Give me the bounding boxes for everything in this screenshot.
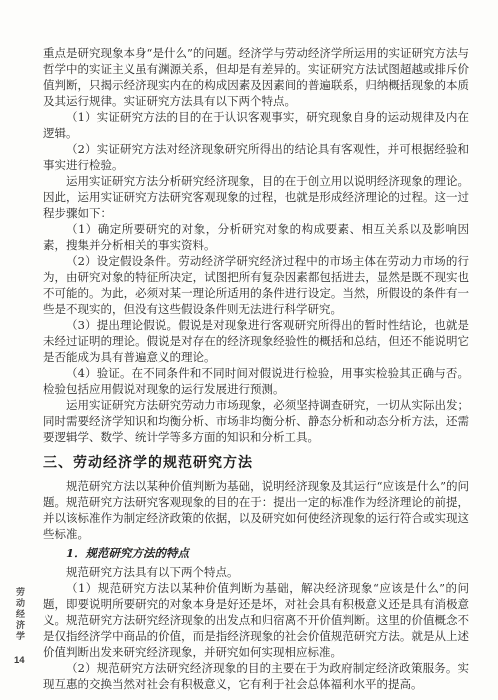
paragraph-normative-2: （2）规范研究方法研究经济现象的目的主要在于为政府制定经济政策服务。实现互惠的交…	[43, 660, 469, 692]
page-number: 14	[14, 655, 25, 666]
paragraph-summary: 运用实证研究方法研究劳动力市场现象，必须坚持调查研究，一切从实际出发；同时需要经…	[43, 397, 469, 445]
paragraph-normative-intro: 规范研究方法以某种价值判断为基础，说明经济现象及其运行“应该是什么”的问题。规范…	[43, 478, 469, 542]
page-content: 重点是研究现象本身“是什么”的问题。经济学与劳动经济学所运用的实证研究方法与哲学…	[43, 45, 469, 692]
side-label-book-title: 劳动经济学	[13, 587, 26, 642]
paragraph-continuation: 重点是研究现象本身“是什么”的问题。经济学与劳动经济学所运用的实证研究方法与哲学…	[43, 45, 469, 109]
subsection-heading: 1．规范研究方法的特点	[43, 545, 469, 562]
paragraph-process-intro: 运用实证研究方法分析研究经济现象，目的在于创立用以说明经济现象的理论。因此，运用…	[43, 173, 469, 221]
paragraph-step-2: （2）设定假设条件。劳动经济学研究经济过程中的市场主体在劳动力市场的行为，由研究…	[43, 253, 469, 317]
paragraph-step-1: （1）确定所要研究的对象，分析研究对象的构成要素、相互关系以及影响因素，搜集并分…	[43, 221, 469, 253]
book-page: 重点是研究现象本身“是什么”的问题。经济学与劳动经济学所运用的实证研究方法与哲学…	[0, 0, 498, 700]
paragraph-step-3: （3）提出理论假说。假说是对现象进行客观研究所得出的暂时性结论，也就是未经过证明…	[43, 317, 469, 365]
section-heading: 三、劳动经济学的规范研究方法	[43, 452, 469, 472]
paragraph-feature-1: （1）实证研究方法的目的在于认识客观事实，研究现象自身的运动规律及内在逻辑。	[43, 109, 469, 141]
paragraph-normative-1: （1）规范研究方法以某种价值判断为基础，解决经济现象“应该是什么”的问题，即要说…	[43, 580, 469, 660]
paragraph-normative-lead: 规范研究方法具有以下两个特点。	[43, 564, 469, 580]
paragraph-step-4: （4）验证。在不同条件和不同时间对假说进行检验，用事实检验其正确与否。检验包括应…	[43, 365, 469, 397]
paragraph-feature-2: （2）实证研究方法对经济现象研究所得出的结论具有客观性，并可根据经验和事实进行检…	[43, 141, 469, 173]
